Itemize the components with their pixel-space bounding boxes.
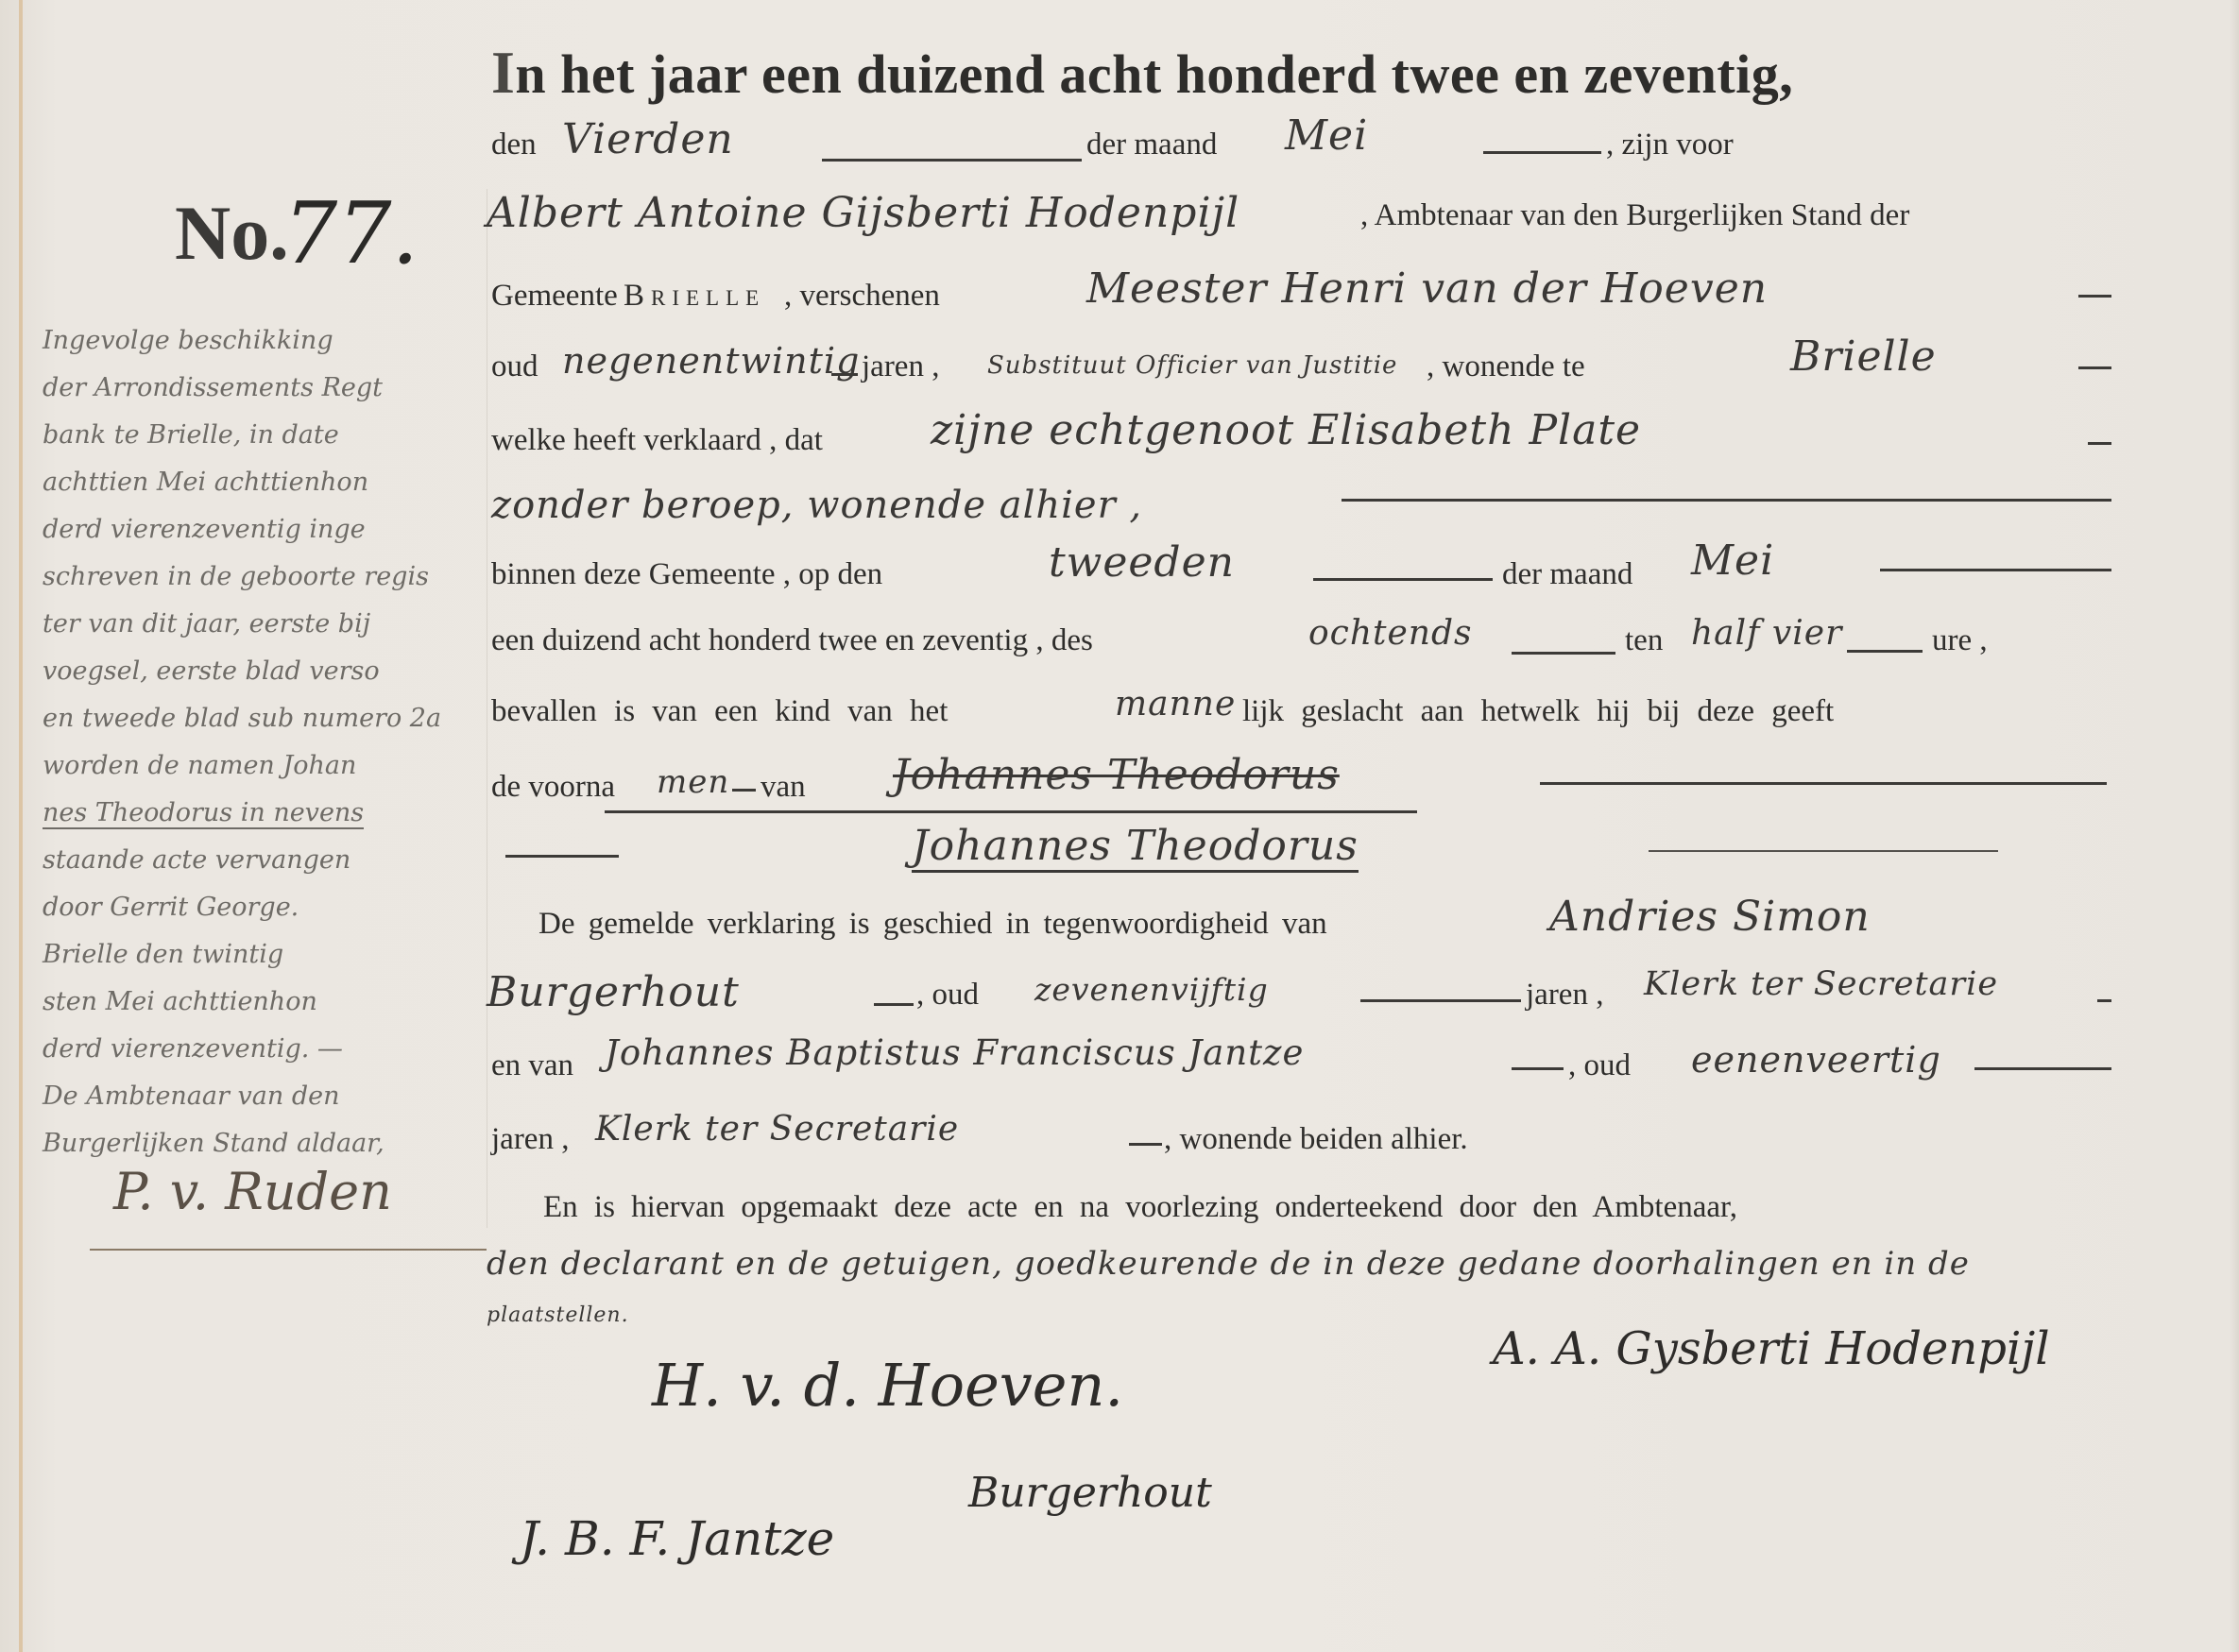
printed-text: ten [1625, 623, 1663, 658]
handwritten-suffix: men [657, 763, 729, 801]
handwritten-corrected-name: Johannes Theodorus [912, 822, 1359, 873]
printed-text: oud [491, 349, 538, 384]
document-page: No. 77. In het jaar een duizend acht hon… [0, 0, 2239, 1652]
fill-line [1512, 1067, 1564, 1070]
record-number-label: No. [175, 189, 289, 278]
handwritten-declarant-name: Meester Henri van der Hoeven [1086, 264, 1768, 313]
fill-line [2078, 295, 2111, 298]
fill-line [2097, 999, 2111, 1002]
printed-text: een duizend acht honderd twee en zeventi… [491, 623, 1093, 658]
record-number: 77. [283, 184, 419, 283]
fill-line [831, 373, 858, 376]
signature-official: A. A. Gysberti Hodenpijl [1493, 1322, 2050, 1375]
margin-note-line: Ingevolge beschikking [43, 326, 333, 355]
fill-line [732, 789, 756, 792]
printed-text: En is hiervan opgemaakt deze acte en na … [543, 1190, 1737, 1225]
printed-text: , wonende te [1427, 349, 1585, 384]
fill-line [2088, 442, 2111, 445]
printed-text: binnen deze Gemeente , op den [491, 557, 882, 592]
printed-text: de voorna [491, 770, 615, 805]
document-title: In het jaar een duizend acht honderd twe… [491, 38, 1793, 108]
handwritten-age: negenentwintig [562, 340, 860, 382]
signature-witness1: Burgerhout [968, 1469, 1212, 1517]
handwritten-witness2-profession: Klerk ter Secretarie [595, 1110, 959, 1149]
handwritten-sex: manne [1115, 685, 1236, 724]
printed-municipality: Brielle [624, 279, 765, 314]
handwritten-struck-name: Johannes Theodorus [893, 751, 1340, 799]
fill-line [1483, 151, 1601, 154]
printed-text: jaren , [1526, 978, 1603, 1013]
printed-text: van [761, 770, 806, 805]
handwritten-official-name: Albert Antoine Gijsberti Hodenpijl [487, 189, 1239, 237]
title-text: n het jaar een duizend acht honderd twee… [515, 43, 1793, 105]
printed-text: bevallen is van een kind van het [491, 694, 948, 729]
margin-note-line: schreven in de geboorte regis [43, 562, 429, 591]
fill-line [505, 855, 619, 858]
signature-witness2: J. B. F. Jantze [520, 1511, 834, 1566]
handwritten-occupation: zonder beroep, wonende alhier , [491, 484, 1142, 527]
margin-signature: P. v. Ruden [113, 1162, 392, 1221]
printed-text: den [491, 128, 537, 162]
fill-line [1512, 652, 1615, 655]
printed-text: Gemeente [491, 279, 618, 314]
handwritten-witness1-age: zevenenvijftig [1034, 971, 1269, 1008]
margin-note-line: De Ambtenaar van den [43, 1081, 339, 1111]
printed-text: ure , [1932, 623, 1988, 658]
margin-note-line: voegsel, eerste blad verso [43, 656, 380, 686]
printed-text: jaren , [491, 1122, 569, 1157]
margin-signature-line [90, 1249, 487, 1251]
printed-text: jaren , [862, 349, 939, 384]
fill-line [1342, 499, 2111, 502]
fill-line [2078, 366, 2111, 369]
margin-note-line: staande acte vervangen [43, 845, 350, 875]
fill-line [605, 810, 1417, 813]
margin-note-line: sten Mei achttienhon [43, 987, 317, 1016]
title-dropcap: I [491, 39, 515, 106]
handwritten-residence: Brielle [1790, 332, 1937, 381]
printed-text: , verschenen [784, 279, 940, 314]
handwritten-birth-day: tweeden [1049, 538, 1235, 587]
margin-note-line: der Arrondissements Regt [43, 373, 383, 402]
handwritten-birth-month: Mei [1691, 536, 1774, 585]
handwritten-witness1-surname: Burgerhout [487, 968, 740, 1016]
margin-divider [487, 189, 487, 1228]
handwritten-witness1-profession: Klerk ter Secretarie [1644, 965, 1998, 1003]
fill-line [1313, 578, 1493, 581]
handwritten-approval: den declarant en de getuigen, goedkeuren… [487, 1245, 1970, 1283]
margin-note-line: bank te Brielle, in date [43, 420, 339, 450]
fill-line [1129, 1143, 1162, 1146]
printed-text: De gemelde verklaring is geschied in teg… [538, 907, 1327, 942]
printed-text: en van [491, 1048, 573, 1083]
fill-line [1360, 999, 1521, 1002]
printed-text: , wonende beiden alhier. [1164, 1122, 1468, 1157]
handwritten-witness1-given: Andries Simon [1549, 893, 1871, 941]
margin-note-line: door Gerrit George. [43, 893, 299, 922]
fill-line [1540, 782, 2107, 785]
handwritten-day: Vierden [562, 115, 734, 163]
handwritten-mother: zijne echtgenoot Elisabeth Plate [931, 406, 1641, 454]
margin-note-line: Brielle den twintig [43, 940, 283, 969]
fill-line [1974, 1067, 2111, 1070]
printed-text: der maand [1502, 557, 1632, 592]
margin-note-line: nes Theodorus in nevens [43, 798, 364, 829]
fill-line [874, 1003, 914, 1006]
printed-text: , oud [1568, 1048, 1631, 1083]
printed-text: , Ambtenaar van den Burgerlijken Stand d… [1360, 198, 1909, 233]
handwritten-hour: half vier [1691, 614, 1842, 653]
margin-note-line: derd vierenzeventig. — [43, 1034, 343, 1064]
handwritten-approval-cont: plaatstellen. [487, 1303, 629, 1327]
printed-text: welke heeft verklaard , dat [491, 423, 823, 458]
printed-text: , zijn voor [1606, 128, 1734, 162]
fill-line [1880, 569, 2111, 571]
handwritten-profession: Substituut Officier van Justitie [987, 351, 1397, 380]
margin-note-line: Burgerlijken Stand aldaar, [43, 1129, 385, 1158]
margin-note-line: derd vierenzeventig inge [43, 515, 366, 544]
handwritten-month: Mei [1285, 111, 1368, 160]
handwritten-witness2-name: Johannes Baptistus Franciscus Jantze [605, 1032, 1304, 1073]
printed-text: , oud [916, 978, 979, 1013]
fill-line [1649, 850, 1998, 852]
fill-line [1847, 650, 1923, 653]
margin-note-line: worden de namen Johan [43, 751, 356, 780]
page-binding-edge [19, 0, 23, 1652]
margin-note-line: ter van dit jaar, eerste bij [43, 609, 370, 639]
handwritten-time-of-day: ochtends [1308, 614, 1473, 653]
fill-line [822, 159, 1082, 162]
printed-text: lijk geslacht aan hetwelk hij bij deze g… [1242, 694, 1834, 729]
printed-text: der maand [1086, 128, 1217, 162]
signature-declarant: H. v. d. Hoeven. [652, 1351, 1123, 1420]
margin-note-line: en tweede blad sub numero 2a [43, 704, 441, 733]
margin-note-line: achttien Mei achttienhon [43, 468, 368, 497]
handwritten-witness2-age: eenenveertig [1691, 1039, 1941, 1081]
